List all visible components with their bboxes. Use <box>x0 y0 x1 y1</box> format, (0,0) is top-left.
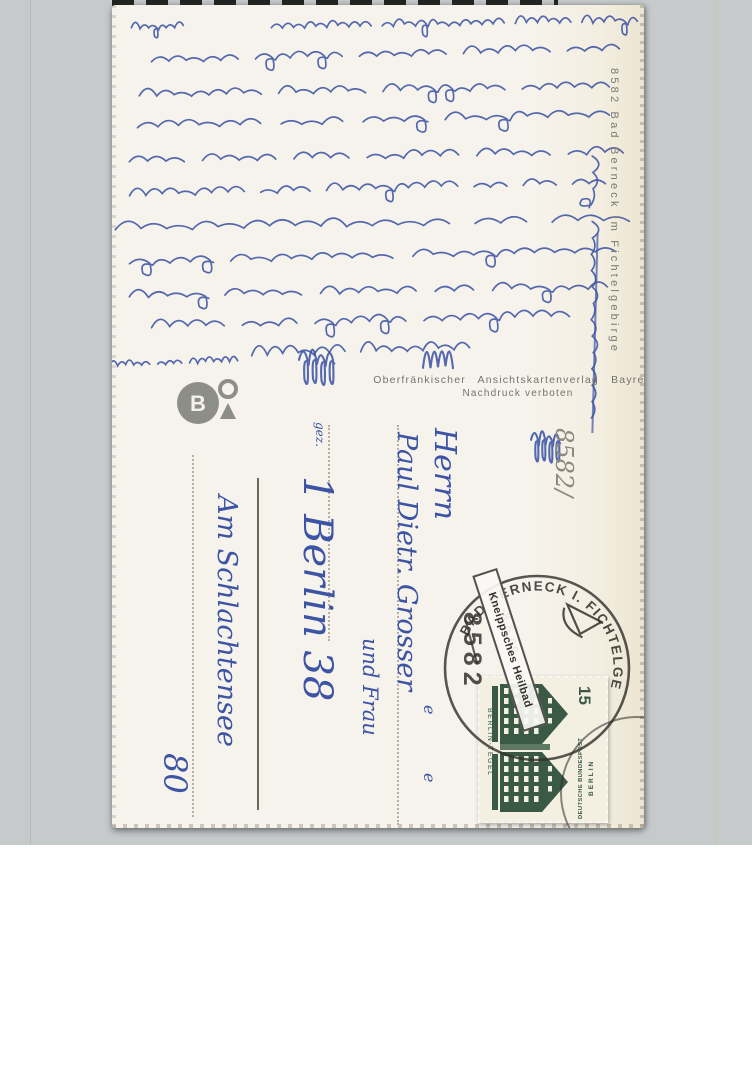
deckle-edge-left <box>112 5 116 828</box>
publisher-name: Oberfränkischer Ansichtskartenverlag Bay… <box>328 374 644 386</box>
address-salutation: Herrn <box>427 428 462 520</box>
logo-letter-b: B <box>190 391 206 416</box>
postcard-back: 8582 Bad Berneck im Fichtelgebirge Oberf… <box>112 5 644 828</box>
logo-letter-a <box>220 403 236 419</box>
scan-artifact-line <box>716 0 717 845</box>
address-city: 1 Berlin 38 <box>294 476 340 701</box>
address-name2: und Frau <box>358 638 382 736</box>
address-flourish: e <box>420 773 439 782</box>
scan-margin <box>0 845 752 1072</box>
address-note-gez: gez. <box>313 422 327 447</box>
copyright-note: Nachdruck verboten <box>328 388 644 399</box>
scan-artifact-line <box>30 0 31 845</box>
postmark-plz: 8582 <box>457 612 486 692</box>
photo-backdrop: 8582 Bad Berneck im Fichtelgebirge Oberf… <box>0 0 752 845</box>
publisher-logo-oab: B <box>164 371 250 448</box>
address-house-number: 80 <box>156 753 194 794</box>
address-street: Am Schlachtensee <box>211 495 242 747</box>
deckle-edge-bottom <box>112 824 644 828</box>
edge-imprint-text: 8582 Bad Berneck im Fichtelgebirge <box>608 68 620 354</box>
pencil-inventory-number: 8582/ <box>550 428 578 497</box>
logo-letter-o <box>220 381 236 397</box>
address-name: Paul Dietr. Grosser <box>391 432 422 691</box>
address-underline <box>257 478 259 810</box>
publisher-imprint: Oberfränkischer Ansichtskartenverlag Bay… <box>328 374 644 399</box>
